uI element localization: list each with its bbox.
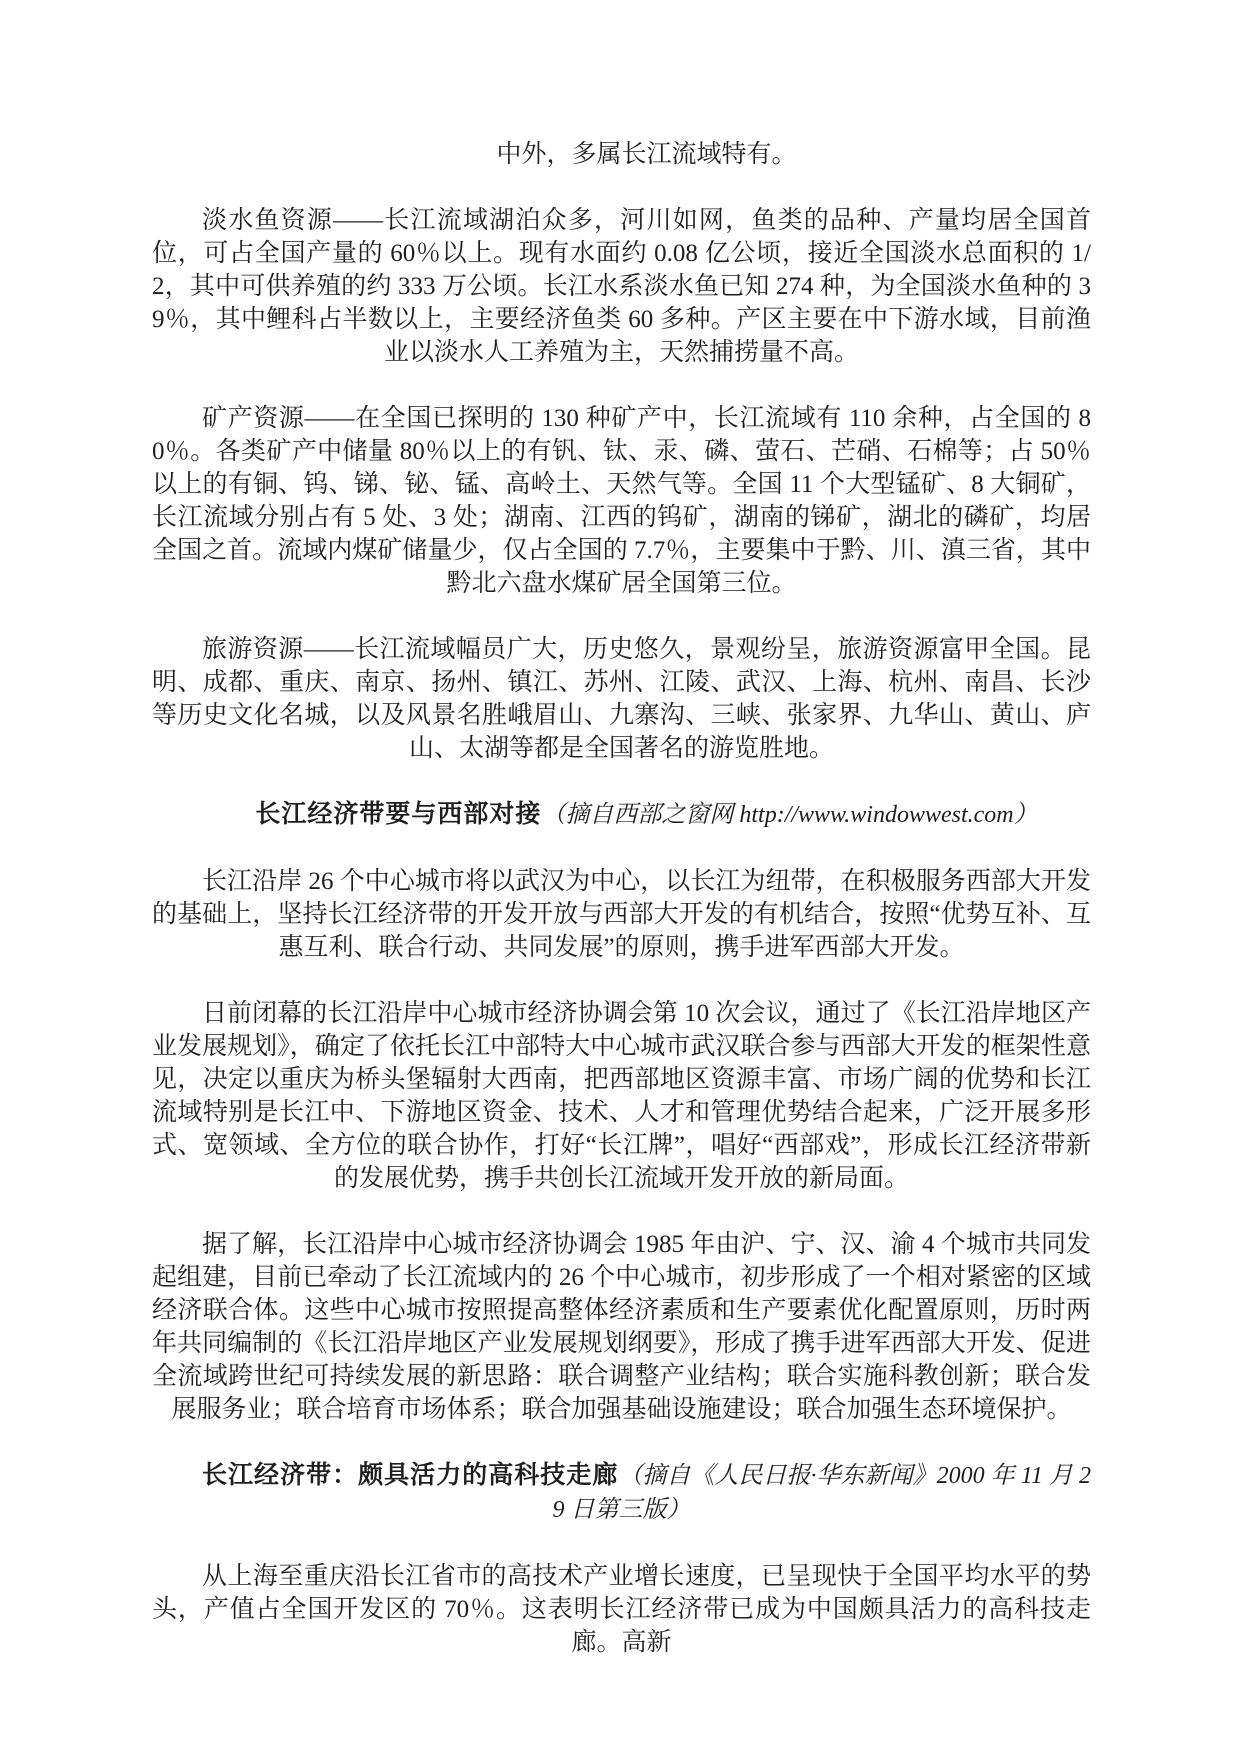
paragraph-26-cities-wuhan-center: 长江沿岸 26 个中心城市将以武汉为中心，以长江为纽带，在积极服务西部大开发的基… bbox=[152, 865, 1091, 964]
section-heading-hightech-corridor-title: 长江经济带：颇具活力的高科技走廊 bbox=[202, 1461, 618, 1489]
document-page: 中外，多属长江流域特有。 淡水鱼资源——长江流域湖泊众多，河川如网，鱼类的品种、… bbox=[0, 0, 1241, 1754]
paragraph-continued-from-previous-page: 中外，多属长江流域特有。 bbox=[152, 138, 1091, 171]
paragraph-hightech-growth: 从上海至重庆沿长江省市的高技术产业增长速度，已呈现快于全国平均水平的势头，产值占… bbox=[152, 1560, 1091, 1659]
section-heading-hightech-corridor-source: （摘自《人民日报·华东新闻》2000 年 11 月 29 日第三版） bbox=[553, 1463, 1092, 1523]
section-heading-hightech-corridor: 长江经济带：颇具活力的高科技走廊（摘自《人民日报·华东新闻》2000 年 11 … bbox=[152, 1459, 1091, 1527]
paragraph-mineral-resources: 矿产资源——在全国已探明的 130 种矿产中，长江流域有 110 余种，占全国的… bbox=[152, 402, 1091, 600]
paragraph-association-history-1985: 据了解，长江沿岸中心城市经济协调会 1985 年由沪、宁、汉、渝 4 个城市共同… bbox=[152, 1228, 1091, 1426]
paragraph-coordination-meeting-no10: 日前闭幕的长江沿岸中心城市经济协调会第 10 次会议，通过了《长江沿岸地区产业发… bbox=[152, 997, 1091, 1195]
section-heading-west-connection-title: 长江经济带要与西部对接 bbox=[255, 800, 541, 828]
section-heading-west-connection-source: （摘自西部之窗网 http://www.windowwest.com） bbox=[541, 802, 1037, 828]
document-content: 中外，多属长江流域特有。 淡水鱼资源——长江流域湖泊众多，河川如网，鱼类的品种、… bbox=[152, 138, 1091, 1659]
paragraph-tourism-resources: 旅游资源——长江流域幅员广大，历史悠久，景观纷呈，旅游资源富甲全国。昆明、成都、… bbox=[152, 633, 1091, 765]
paragraph-freshwater-fish-resources: 淡水鱼资源——长江流域湖泊众多，河川如网，鱼类的品种、产量均居全国首位，可占全国… bbox=[152, 204, 1091, 369]
section-heading-west-connection: 长江经济带要与西部对接（摘自西部之窗网 http://www.windowwes… bbox=[152, 798, 1091, 832]
